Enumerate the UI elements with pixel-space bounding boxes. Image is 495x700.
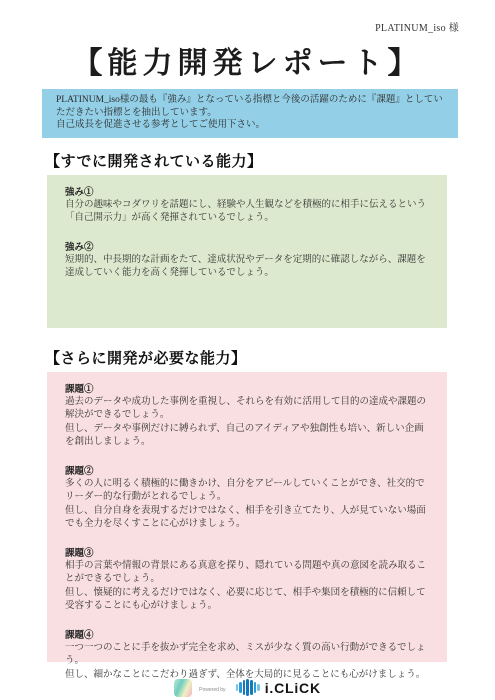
strength-text: 短期的、中長期的な計画をたて、達成状況やデータを定期的に確認しながら、課題を達成… [65, 254, 429, 281]
strength-text: 自分の趣味やコダワリを話題にし、経験や人生観などを積極的に相手に伝えるという「自… [65, 199, 429, 226]
challenge-text: 一つ一つのことに手を抜かず完全を求め、ミスが少なく質の高い行動ができるでしょう。 [65, 642, 429, 669]
challenge-item: 課題④ 一つ一つのことに手を抜かず完全を求め、ミスが少なく質の高い行動ができるで… [65, 627, 429, 683]
strength-label: 強み② [65, 239, 429, 253]
page-title: 【能力開発レポート】 [0, 38, 495, 82]
challenge-text: 相手の言葉や情報の背景にある真意を探り、隠れている問題や真の意図を読み取ることが… [65, 560, 429, 587]
challenge-item: 課題③ 相手の言葉や情報の背景にある真意を探り、隠れている問題や真の意図を読み取… [65, 545, 429, 614]
report-page: PLATINUM_iso 様 【能力開発レポート】 PLATINUM_iso様の… [0, 0, 495, 700]
intro-line: PLATINUM_iso様の最も『強み』となっている指標と今後の活躍のために『課… [56, 94, 444, 119]
challenge-label: 課題④ [65, 627, 429, 641]
powered-by-label: Powered by [199, 687, 225, 693]
challenge-text: 但し、データや事例だけに縛られず、自己のアイディアや独創性も培い、新しい企画を創… [65, 423, 429, 450]
challenge-label: 課題③ [65, 545, 429, 559]
intro-line: 自己成長を促進させる参考としてご使用下さい。 [56, 119, 444, 132]
challenge-item: 課題① 過去のデータや成功した事例を重視し、それらを有効に活用して目的の達成や課… [65, 381, 429, 450]
section-heading-developed: 【すでに開発されている能力】 [45, 150, 495, 171]
recipient-name: PLATINUM_iso 様 [0, 0, 495, 34]
strengths-box: 強み① 自分の趣味やコダワリを話題にし、経験や人生観などを積極的に相手に伝えると… [47, 175, 447, 328]
challenge-item: 課題② 多くの人に明るく積極的に働きかけ、自分をアピールしていくことができ、社交… [65, 463, 429, 532]
brand-square-icon [174, 679, 192, 697]
iclick-soundwave-icon [236, 679, 260, 696]
challenge-label: 課題② [65, 463, 429, 477]
challenge-text: 但し、懐疑的に考えるだけではなく、必要に応じて、相手や集団を積極的に信頼して受容… [65, 587, 429, 614]
iclick-wordmark: i.CLiCK [265, 680, 321, 696]
strength-label: 強み① [65, 184, 429, 198]
challenge-text: 但し、自分自身を表現するだけではなく、相手を引き立てたり、人が見ていない場面でも… [65, 505, 429, 532]
intro-box: PLATINUM_iso様の最も『強み』となっている指標と今後の活躍のために『課… [42, 89, 458, 138]
strength-item: 強み① 自分の趣味やコダワリを話題にし、経験や人生観などを積極的に相手に伝えると… [65, 184, 429, 226]
challenges-box: 課題① 過去のデータや成功した事例を重視し、それらを有効に活用して目的の達成や課… [47, 372, 447, 662]
strength-item: 強み② 短期的、中長期的な計画をたて、達成状況やデータを定期的に確認しながら、課… [65, 239, 429, 281]
challenge-text: 過去のデータや成功した事例を重視し、それらを有効に活用して目的の達成や課題の解決… [65, 396, 429, 423]
challenge-text: 多くの人に明るく積極的に働きかけ、自分をアピールしていくことができ、社交的でリー… [65, 478, 429, 505]
section-heading-needed: 【さらに開発が必要な能力】 [45, 347, 495, 368]
challenge-label: 課題① [65, 381, 429, 395]
